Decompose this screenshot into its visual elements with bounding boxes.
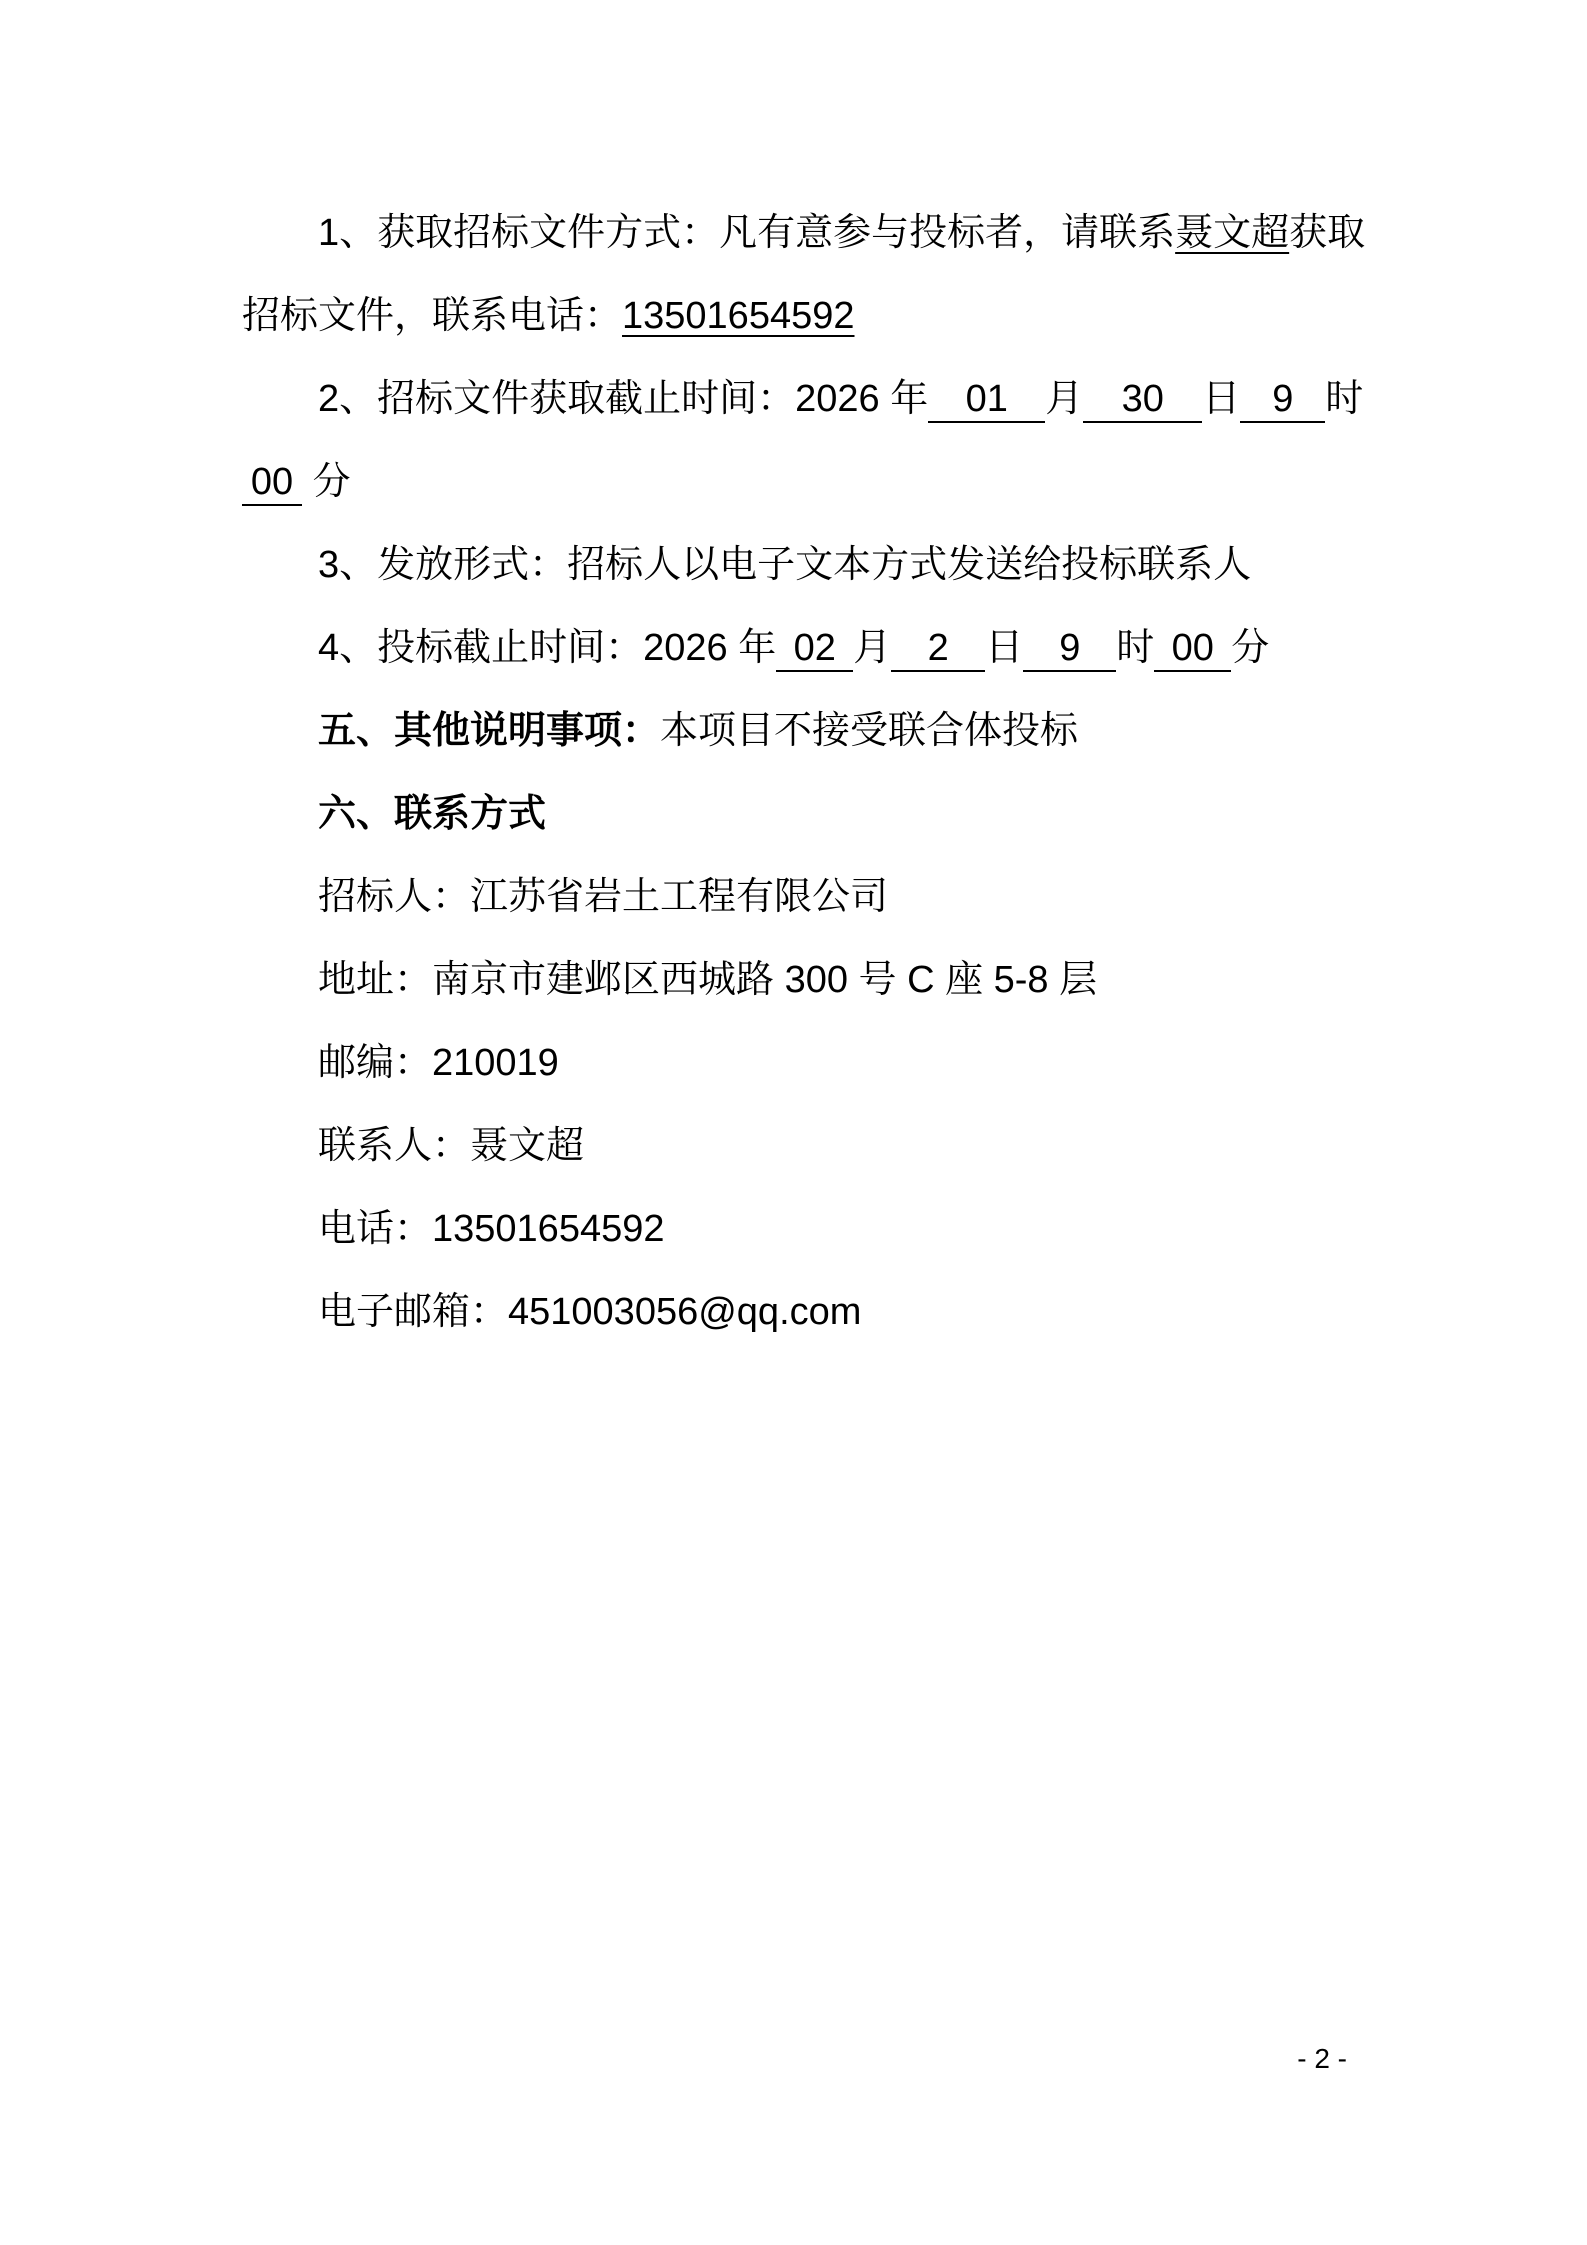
bid-deadline-day-blank: 2: [891, 628, 985, 672]
postcode-value: 210019: [432, 1042, 559, 1084]
hour-unit: 时: [1325, 378, 1363, 420]
document-page: 1、获取招标文件方式：凡有意参与投标者，请联系聂文超获取 招标文件，联系电话：1…: [0, 0, 1587, 2245]
month-unit: 月: [1045, 378, 1083, 420]
tenderer-value: 江苏省岩土工程有限公司: [470, 876, 888, 918]
person-label: 联系人：: [318, 1125, 470, 1167]
contact-phone-underlined: 13501654592: [622, 295, 854, 337]
contact-postcode-line: 邮编：210019: [242, 1022, 1352, 1105]
contact-tenderer-line: 招标人：江苏省岩土工程有限公司: [242, 856, 1352, 939]
clause-3-line: 3、发放形式：招标人以电子文本方式发送给投标联系人: [242, 524, 1352, 607]
doc-deadline-minute-blank: 00: [242, 462, 302, 506]
clause-4-text: 4、投标截止时间：2026 年: [318, 627, 776, 669]
tenderer-label: 招标人：: [318, 876, 470, 918]
page-number: - 2 -: [242, 2042, 1347, 2076]
doc-deadline-month-blank: 01: [928, 379, 1045, 423]
minute-unit: 分: [313, 461, 351, 503]
clause-1-text-tail: 获取: [1289, 212, 1365, 254]
bid-minute-unit: 分: [1231, 627, 1269, 669]
bid-deadline-hour-blank: 9: [1023, 628, 1116, 672]
day-unit: 日: [1202, 378, 1240, 420]
section-5-heading: 五、其他说明事项：: [318, 710, 660, 752]
clause-1-text: 1、获取招标文件方式：凡有意参与投标者，请联系: [318, 212, 1175, 254]
phone-value: 13501654592: [432, 1208, 664, 1250]
bid-day-unit: 日: [985, 627, 1023, 669]
contact-person-line: 联系人：聂文超: [242, 1105, 1352, 1188]
clause-4-line: 4、投标截止时间：2026 年02月2日9时00分: [242, 607, 1352, 690]
address-value: 南京市建邺区西城路 300 号 C 座 5-8 层: [432, 959, 1097, 1001]
bid-hour-unit: 时: [1116, 627, 1154, 669]
contact-phone-line: 电话：13501654592: [242, 1188, 1352, 1271]
bid-deadline-minute-blank: 00: [1154, 628, 1231, 672]
person-value: 聂文超: [470, 1125, 584, 1167]
postcode-label: 邮编：: [318, 1042, 432, 1084]
address-label: 地址：: [318, 959, 432, 1001]
clause-5-line: 五、其他说明事项：本项目不接受联合体投标: [242, 690, 1352, 773]
contact-name-underlined: 聂文超: [1175, 212, 1289, 254]
document-body: 1、获取招标文件方式：凡有意参与投标者，请联系聂文超获取 招标文件，联系电话：1…: [242, 192, 1352, 1354]
clause-1-line-2: 招标文件，联系电话：13501654592: [242, 275, 1352, 358]
clause-2-line-2: 00 分: [242, 441, 1352, 524]
clause-2-text: 2、招标文件获取截止时间：2026 年: [318, 378, 928, 420]
section-6-heading-line: 六、联系方式: [242, 773, 1352, 856]
clause-1-line-2-text: 招标文件，联系电话：: [242, 295, 622, 337]
phone-label: 电话：: [318, 1208, 432, 1250]
doc-deadline-day-blank: 30: [1083, 379, 1202, 423]
clause-2-line-1: 2、招标文件获取截止时间：2026 年01月30日9时: [242, 358, 1352, 441]
bid-month-unit: 月: [853, 627, 891, 669]
clause-1-line-1: 1、获取招标文件方式：凡有意参与投标者，请联系聂文超获取: [242, 192, 1352, 275]
contact-email-line: 电子邮箱：451003056@qq.com: [242, 1271, 1352, 1354]
bid-deadline-month-blank: 02: [776, 628, 853, 672]
section-6-heading: 六、联系方式: [318, 793, 546, 835]
email-value: 451003056@qq.com: [508, 1291, 861, 1333]
contact-address-line: 地址：南京市建邺区西城路 300 号 C 座 5-8 层: [242, 939, 1352, 1022]
email-label: 电子邮箱：: [318, 1291, 508, 1333]
section-5-text: 本项目不接受联合体投标: [660, 710, 1078, 752]
clause-3-text: 3、发放形式：招标人以电子文本方式发送给投标联系人: [318, 544, 1251, 586]
doc-deadline-hour-blank: 9: [1240, 379, 1325, 423]
